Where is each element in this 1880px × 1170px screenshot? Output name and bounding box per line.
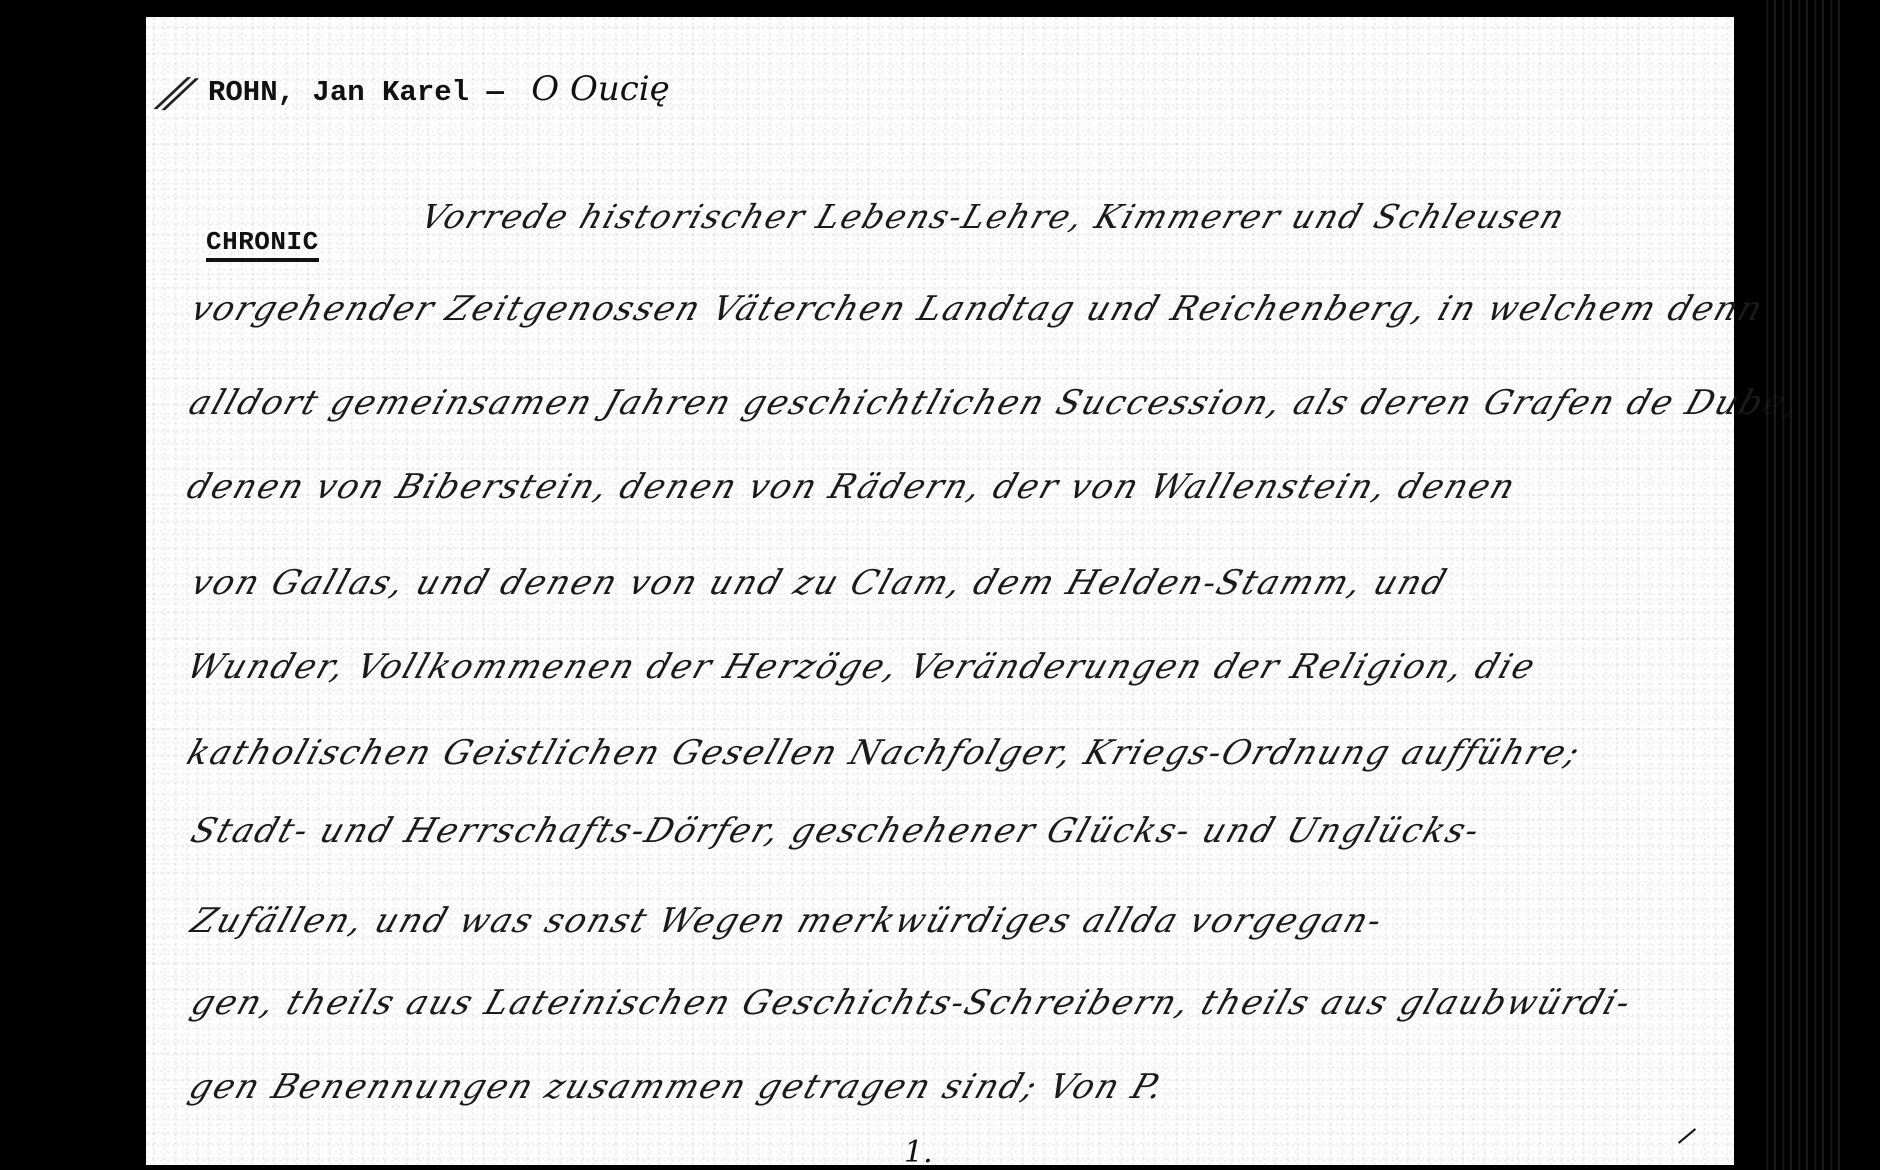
scan-edge-artifact <box>1760 0 1840 1170</box>
handwritten-line: Wunder, Vollkommenen der Herzöge, Veränd… <box>182 647 1542 687</box>
handwritten-line: Stadt- und Herrschafts-Dörfer, geschehen… <box>186 811 1486 851</box>
handwritten-line: gen Benennungen zusammen getragen sind; … <box>184 1067 1170 1107</box>
handwritten-line: vorgehender Zeitgenossen Väterchen Landt… <box>186 289 1769 329</box>
handwritten-line: von Gallas, und denen von und zu Clam, d… <box>186 563 1453 603</box>
margin-check-mark: ⁄⁄ <box>164 66 188 124</box>
scanned-document-page: ⁄⁄ ROHN, Jan Karel — O Oucię CHRONIC Vor… <box>146 17 1734 1165</box>
pen-stroke-mark <box>1678 1128 1696 1144</box>
handwritten-line: gen, theils aus Lateinischen Geschichts-… <box>186 983 1637 1023</box>
page-number: 1. <box>904 1135 933 1170</box>
handwritten-line: katholischen Geistlichen Gesellen Nachfo… <box>182 733 1586 773</box>
handwritten-line: Zufällen, und was sonst Wegen merkwürdig… <box>186 901 1389 941</box>
handwritten-line: alldort gemeinsamen Jahren geschichtlich… <box>184 383 1805 423</box>
handwritten-annotation: O Oucię <box>531 69 670 109</box>
document-header: ROHN, Jan Karel — O Oucię <box>208 69 670 109</box>
handwritten-line: denen von Biberstein, denen von Rädern, … <box>182 467 1522 507</box>
handwritten-line: Vorrede historischer Lebens-Lehre, Kimme… <box>416 197 1571 236</box>
section-label-chronic: CHRONIC <box>206 227 319 262</box>
typed-name: ROHN, Jan Karel — <box>208 76 504 109</box>
